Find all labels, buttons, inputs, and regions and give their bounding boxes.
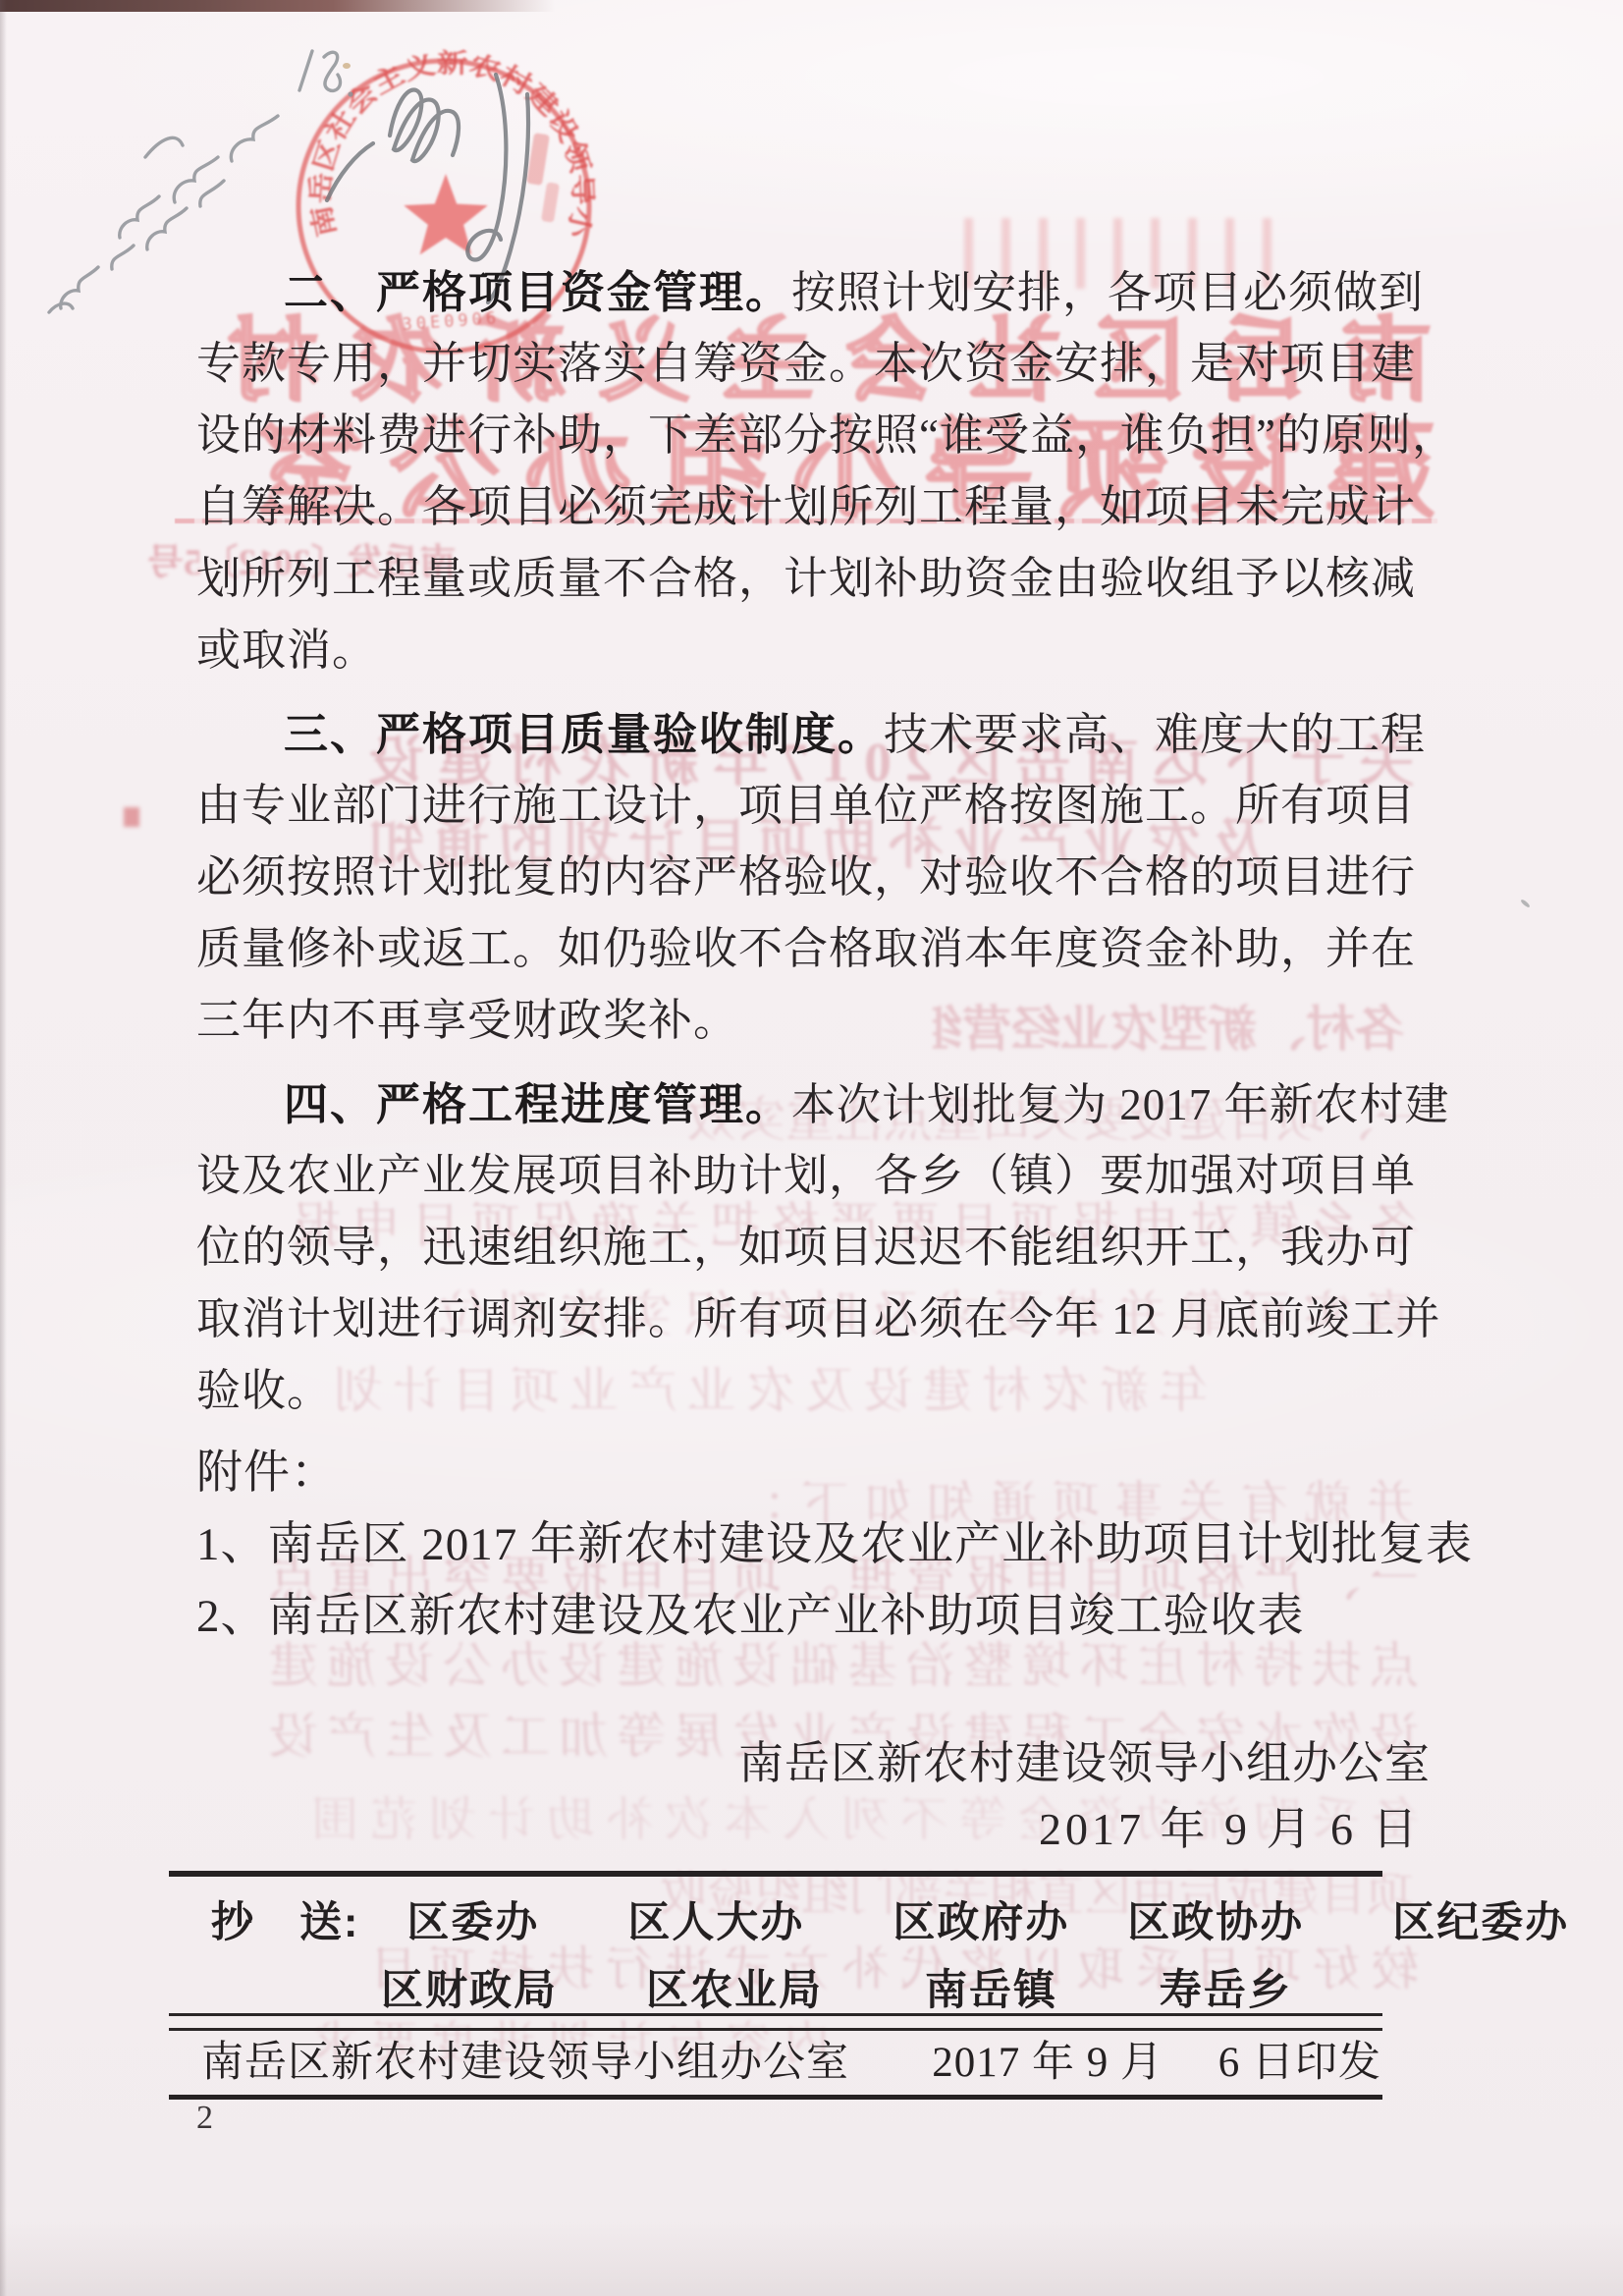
cc-recipients: 区委办 区人大办 区政府办 区政协办 区纪委办	[406, 1899, 1569, 1946]
paragraph-heading: 三、严格项目质量验收制度。	[284, 709, 884, 759]
body-line: 划所列工程量或质量不合格，计划补助资金由验收组予以核减	[196, 543, 1416, 615]
body-line: 质量修补或返工。如仍验收不合格取消本年度资金补助，并在	[196, 913, 1416, 985]
body-line: 自筹解决。各项目必须完成计划所列工程量，如项目未完成计	[196, 471, 1416, 543]
footer-rule-bottom	[169, 2095, 1382, 2100]
cc-line: 区财政局 区农业局 南岳镇 寿岳乡	[381, 1962, 1292, 2019]
attachment-item: 1、南岳区 2017 年新农村建设及农业产业补助项目计划批复表	[196, 1509, 1473, 1581]
footer-rule-double	[169, 2013, 1382, 2031]
body-text: 本次计划批复为 2017 年新农村建	[791, 1080, 1450, 1129]
body-text: 按照计划安排，各项目必须做到	[791, 268, 1424, 317]
body-line: 三、严格项目质量验收制度。技术要求高、难度大的工程	[284, 698, 1426, 771]
page-number: 2	[196, 2100, 213, 2137]
attachment-item: 2、南岳区新农村建设及农业产业补助项目竣工验收表	[196, 1581, 1305, 1653]
body-line: 设的材料费进行补助，下差部分按照“谁受益，谁负担”的原则，	[196, 400, 1457, 471]
issuing-office-signature: 南岳区新农村建设领导小组办公室	[738, 1727, 1431, 1799]
print-date: 2017 年 9 月 6 日印发	[932, 2035, 1381, 2092]
print-issuer: 南岳区新农村建设领导小组办公室	[201, 2035, 849, 2092]
paragraph-heading: 二、严格项目资金管理。	[284, 267, 791, 317]
body-line: 验收。	[196, 1355, 332, 1427]
cc-label: 抄 送:	[211, 1899, 359, 1946]
body-text: 技术要求高、难度大的工程	[884, 710, 1426, 759]
attachments-label: 附件：	[196, 1438, 338, 1509]
body-line: 二、严格项目资金管理。按照计划安排，各项目必须做到	[284, 256, 1424, 329]
print-info-row: 南岳区新农村建设领导小组办公室 2017 年 9 月 6 日印发	[201, 2035, 1381, 2092]
body-line: 三年内不再享受财政奖补。	[196, 985, 738, 1057]
paragraph-heading: 四、严格工程进度管理。	[284, 1079, 791, 1129]
body-line: 由专业部门进行施工设计，项目单位严格按图施工。所有项目	[196, 770, 1416, 842]
body-line: 专款专用，并切实落实自筹资金。本次资金安排，是对项目建	[196, 328, 1416, 400]
signature-date: 2017 年 9 月 6 日	[1039, 1793, 1422, 1865]
body-line: 四、严格工程进度管理。本次计划批复为 2017 年新农村建	[284, 1068, 1450, 1141]
body-line: 必须按照计划批复的内容严格验收，对验收不合格的项目进行	[196, 842, 1416, 913]
body-line: 设及农业产业发展项目补助计划，各乡（镇）要加强对项目单	[196, 1140, 1416, 1212]
body-line: 取消计划进行调剂安排。所有项目必须在今年 12 月底前竣工并	[196, 1284, 1441, 1355]
body-line: 位的领导，迅速组织施工，如项目迟迟不能组织开工，我办可	[196, 1212, 1416, 1284]
body-line: 或取消。	[196, 615, 377, 686]
scanned-document-page: 南岳区社会主义新农村 建设领导小组办公室 南岳发〔2012〕5号 关于下达南岳区…	[0, 0, 1623, 2296]
footer-rule-top	[169, 1871, 1382, 1877]
cc-line: 抄 送:区委办 区人大办 区政府办 区政协办 区纪委办	[211, 1894, 1569, 1951]
